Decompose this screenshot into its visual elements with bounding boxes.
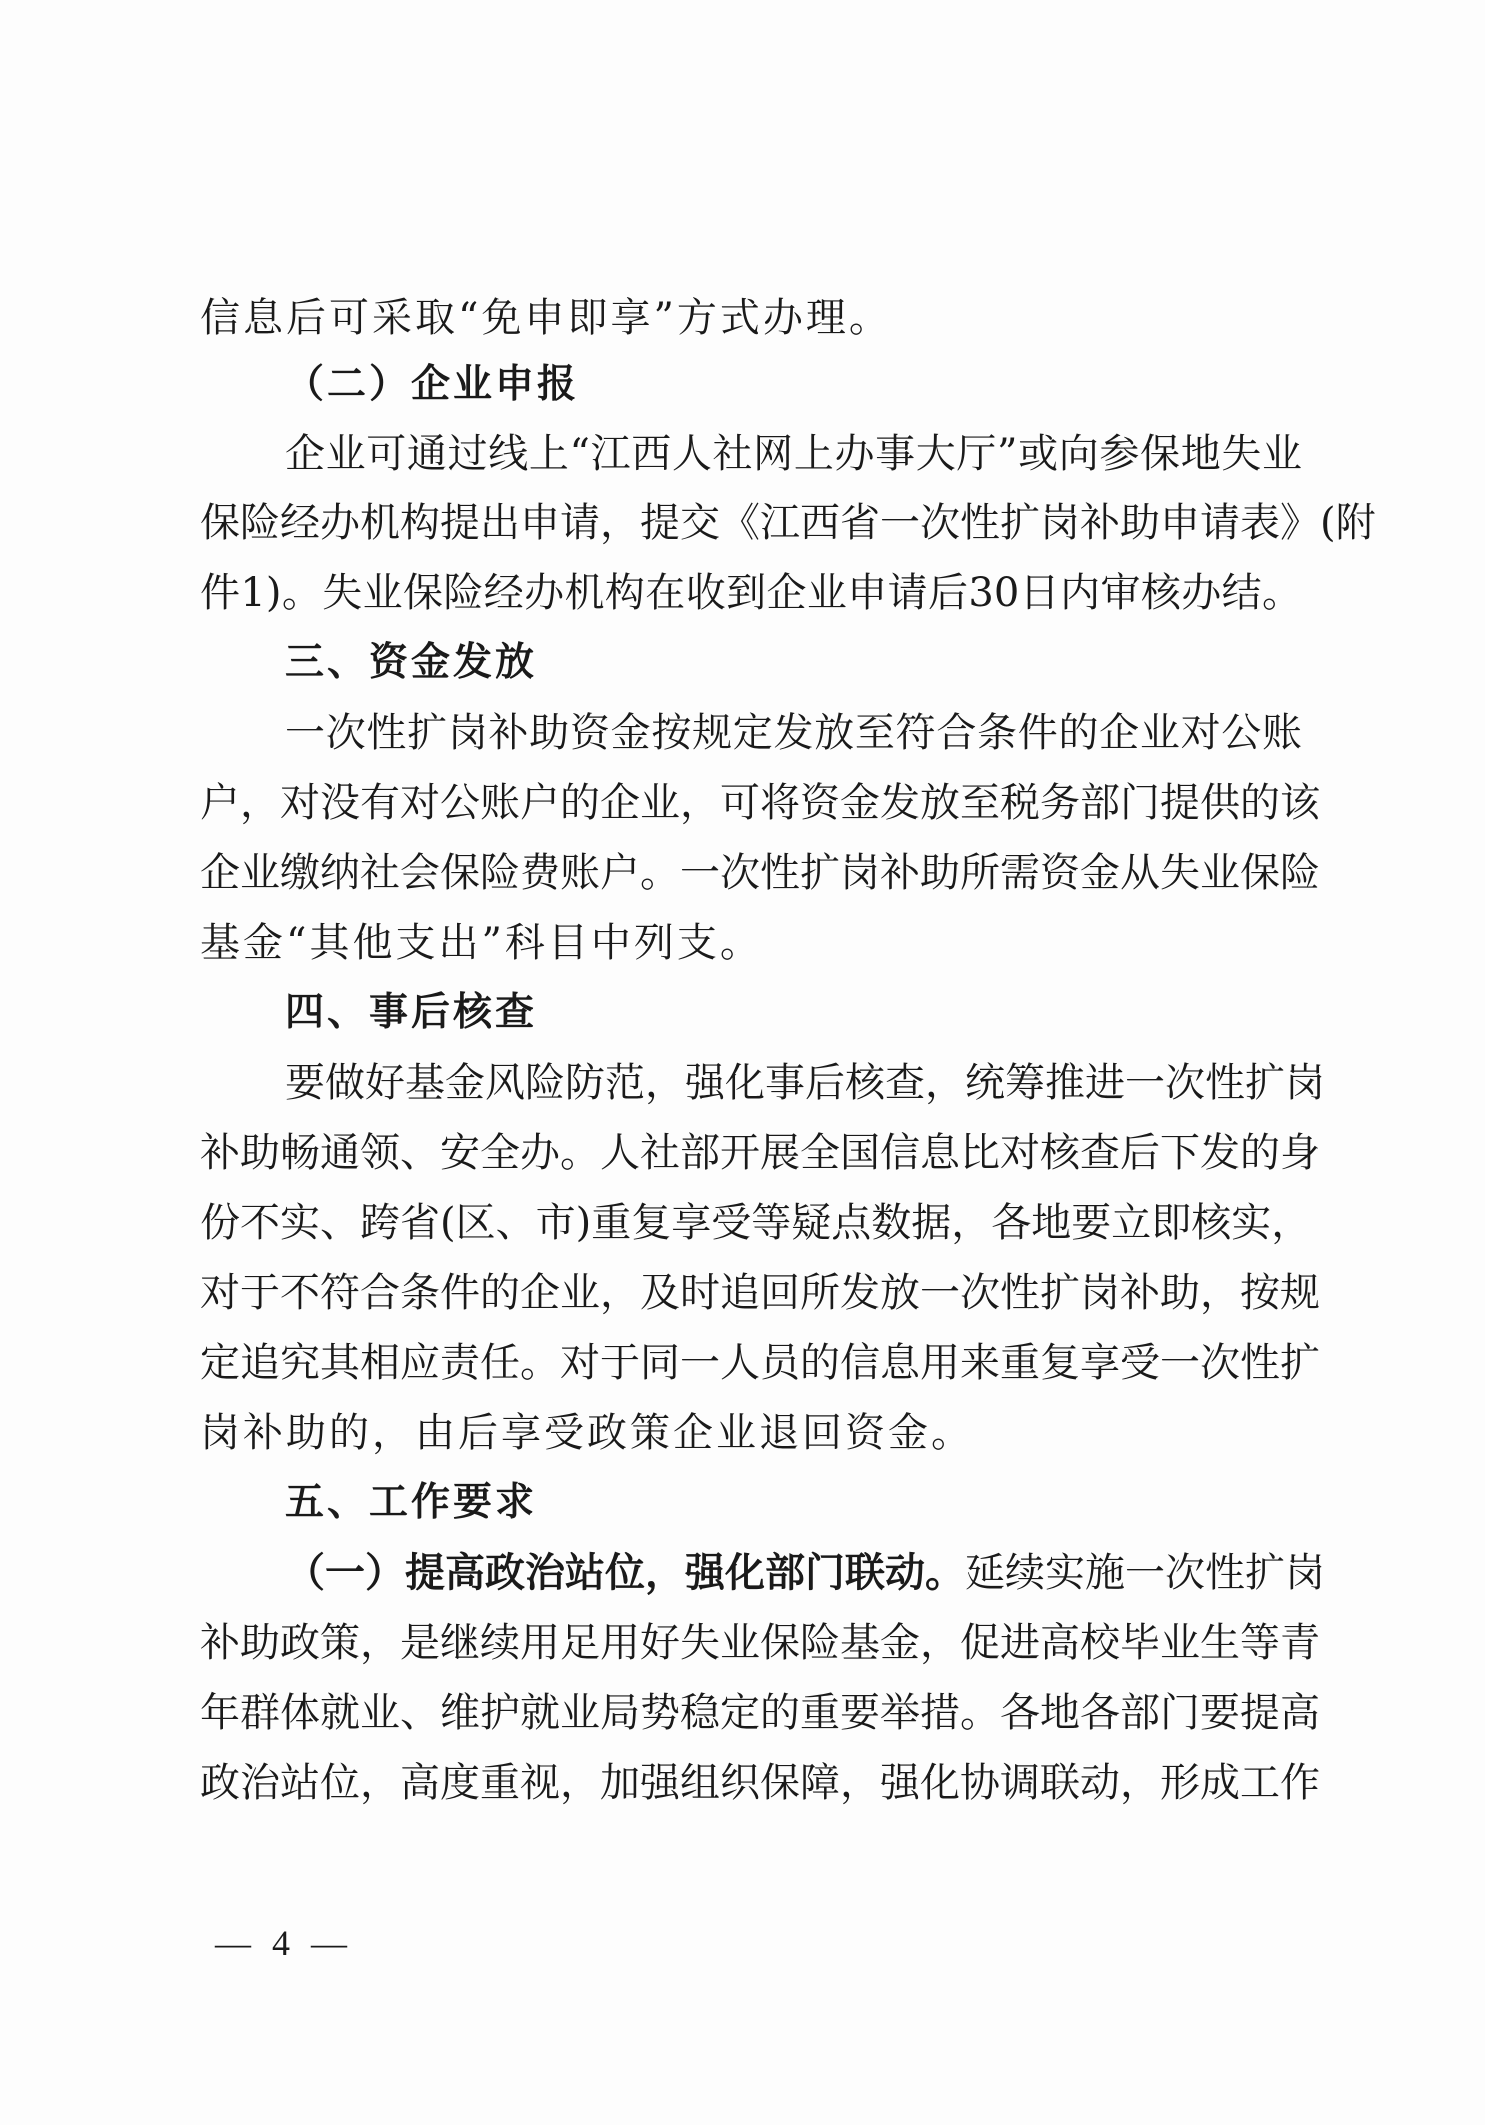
body-line: 定追究其相应责任。对于同一人员的信息用来重复享受一次性扩: [200, 1335, 1302, 1391]
body-line: 年群体就业、维护就业局势稳定的重要举措。各地各部门要提高: [200, 1685, 1302, 1741]
bold-lead-phrase: （一）提高政治站位，强化部门联动。: [285, 1550, 965, 1596]
body-line: 岗补助的，由后享受政策企业退回资金。: [200, 1405, 1302, 1461]
body-line: 信息后可采取“免申即享”方式办理。: [200, 290, 1302, 346]
body-line: 保险经办机构提出申请，提交《江西省一次性扩岗补助申请表》(附: [200, 495, 1302, 551]
body-line: 份不实、跨省(区、市)重复享受等疑点数据，各地要立即核实，: [200, 1195, 1302, 1251]
heading-post-verification: 四、事后核查: [285, 985, 1302, 1041]
body-line: 对于不符合条件的企业，及时追回所发放一次性扩岗补助，按规: [200, 1265, 1302, 1321]
page-number: — 4 —: [215, 1918, 353, 1968]
body-line: 件1)。失业保险经办机构在收到企业申请后30日内审核办结。: [200, 565, 1302, 621]
body-line-mixed: （一）提高政治站位，强化部门联动。延续实施一次性扩岗: [285, 1545, 1302, 1601]
heading-work-requirements: 五、工作要求: [285, 1475, 1302, 1531]
body-continuation: 延续实施一次性扩岗: [965, 1550, 1325, 1596]
heading-fund-disbursement: 三、资金发放: [285, 635, 1302, 691]
body-line: 基金“其他支出”科目中列支。: [200, 915, 1302, 971]
body-line: 要做好基金风险防范，强化事后核查，统筹推进一次性扩岗: [285, 1055, 1302, 1111]
body-line: 企业可通过线上“江西人社网上办事大厅”或向参保地失业: [285, 426, 1302, 482]
body-line: 企业缴纳社会保险费账户。一次性扩岗补助所需资金从失业保险: [200, 845, 1302, 901]
body-line: 户，对没有对公账户的企业，可将资金发放至税务部门提供的该: [200, 775, 1302, 831]
body-line: 一次性扩岗补助资金按规定发放至符合条件的企业对公账: [285, 705, 1302, 761]
body-line: 补助政策，是继续用足用好失业保险基金，促进高校毕业生等青: [200, 1615, 1302, 1671]
body-line: 政治站位，高度重视，加强组织保障，强化协调联动，形成工作: [200, 1755, 1302, 1811]
subheading-enterprise-declaration: （二）企业申报: [285, 357, 1302, 413]
document-page: 信息后可采取“免申即享”方式办理。 （二）企业申报 企业可通过线上“江西人社网上…: [0, 0, 1485, 2125]
body-line: 补助畅通领、安全办。人社部开展全国信息比对核查后下发的身: [200, 1125, 1302, 1181]
